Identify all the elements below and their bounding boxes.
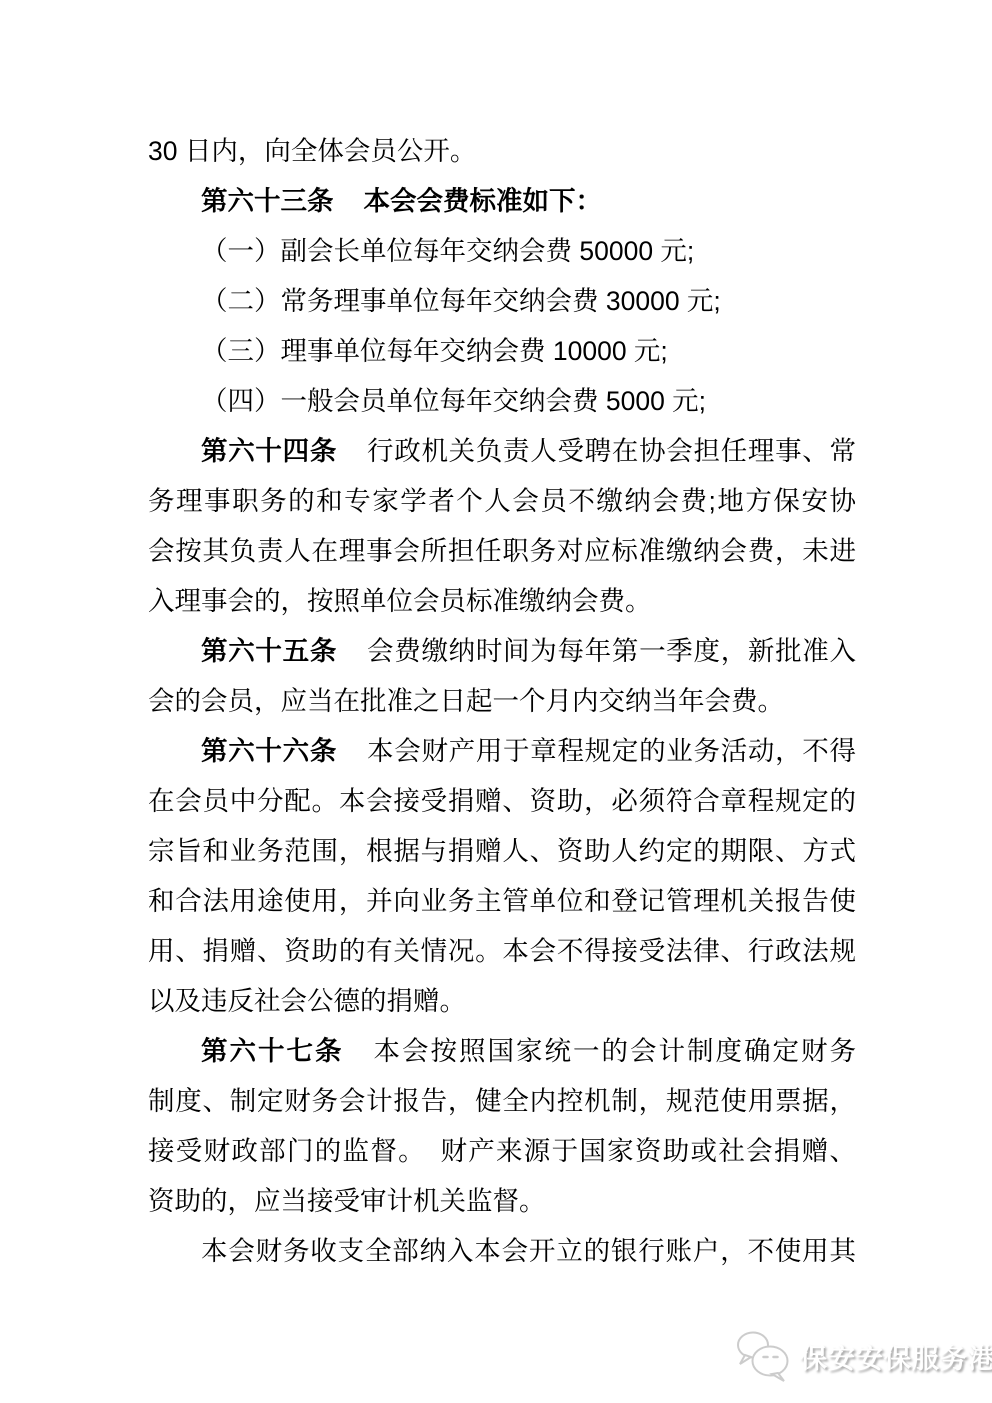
fee-item-3: （三）理事单位每年交纳会费 10000 元; xyxy=(148,326,856,376)
fee-item-4: （四）一般会员单位每年交纳会费 5000 元; xyxy=(148,376,856,426)
watermark: 保安安保服务港 xyxy=(734,1328,992,1384)
text-line: 和合法用途使用，并向业务主管单位和登记管理机关报告使 xyxy=(148,876,856,926)
article-number: 第六十六条 xyxy=(201,736,337,766)
fee-item-2: （二）常务理事单位每年交纳会费 30000 元; xyxy=(148,276,856,326)
text-line: 入理事会的，按照单位会员标准缴纳会费。 xyxy=(148,576,856,626)
document-page: 30 日内，向全体会员公开。 第六十三条本会会费标准如下： （一）副会长单位每年… xyxy=(0,0,992,1403)
article-number: 第六十五条 xyxy=(201,636,337,666)
text-segment: 本会按照国家统一的会计制度确定财务 xyxy=(374,1036,857,1066)
text-line: 以及违反社会公德的捐赠。 xyxy=(148,976,856,1026)
text-line: 宗旨和业务范围，根据与捐赠人、资助人约定的期限、方式 xyxy=(148,826,856,876)
article-66-first-line: 第六十六条本会财产用于章程规定的业务活动，不得 xyxy=(148,726,856,776)
text-line: 务理事职务的和专家学者个人会员不缴纳会费;地方保安协 xyxy=(148,476,856,526)
text-line: 资助的，应当接受审计机关监督。 xyxy=(148,1176,856,1226)
text-line: 用、捐赠、资助的有关情况。本会不得接受法律、行政法规 xyxy=(148,926,856,976)
text-line: 会的会员，应当在批准之日起一个月内交纳当年会费。 xyxy=(148,676,856,726)
article-65-first-line: 第六十五条会费缴纳时间为每年第一季度，新批准入 xyxy=(148,626,856,676)
fee-item-1: （一）副会长单位每年交纳会费 50000 元; xyxy=(148,226,856,276)
wechat-icon xyxy=(734,1328,792,1384)
article-63-heading: 第六十三条本会会费标准如下： xyxy=(148,176,856,226)
article-heading-text: 本会会费标准如下： xyxy=(364,186,603,216)
text-line: 30 日内，向全体会员公开。 xyxy=(148,126,856,176)
text-segment: 行政机关负责人受聘在协会担任理事、常 xyxy=(367,436,856,466)
text-line: 在会员中分配。本会接受捐赠、资助，必须符合章程规定的 xyxy=(148,776,856,826)
text-segment: 会费缴纳时间为每年第一季度，新批准入 xyxy=(367,636,856,666)
text-line: 接受财政部门的监督。 财产来源于国家资助或社会捐赠、 xyxy=(148,1126,856,1176)
text-segment: 本会财产用于章程规定的业务活动，不得 xyxy=(367,736,856,766)
document-body: 30 日内，向全体会员公开。 第六十三条本会会费标准如下： （一）副会长单位每年… xyxy=(148,126,856,1276)
text-line: 本会财务收支全部纳入本会开立的银行账户，不使用其 xyxy=(148,1226,856,1276)
article-64-first-line: 第六十四条行政机关负责人受聘在协会担任理事、常 xyxy=(148,426,856,476)
article-number: 第六十七条 xyxy=(201,1036,344,1066)
article-number: 第六十四条 xyxy=(201,436,337,466)
text-line: 制度、制定财务会计报告，健全内控机制，规范使用票据， xyxy=(148,1076,856,1126)
article-67-first-line: 第六十七条本会按照国家统一的会计制度确定财务 xyxy=(148,1026,856,1076)
article-number: 第六十三条 xyxy=(201,186,334,216)
watermark-label: 保安安保服务港 xyxy=(800,1337,992,1376)
text-line: 会按其负责人在理事会所担任职务对应标准缴纳会费，未进 xyxy=(148,526,856,576)
